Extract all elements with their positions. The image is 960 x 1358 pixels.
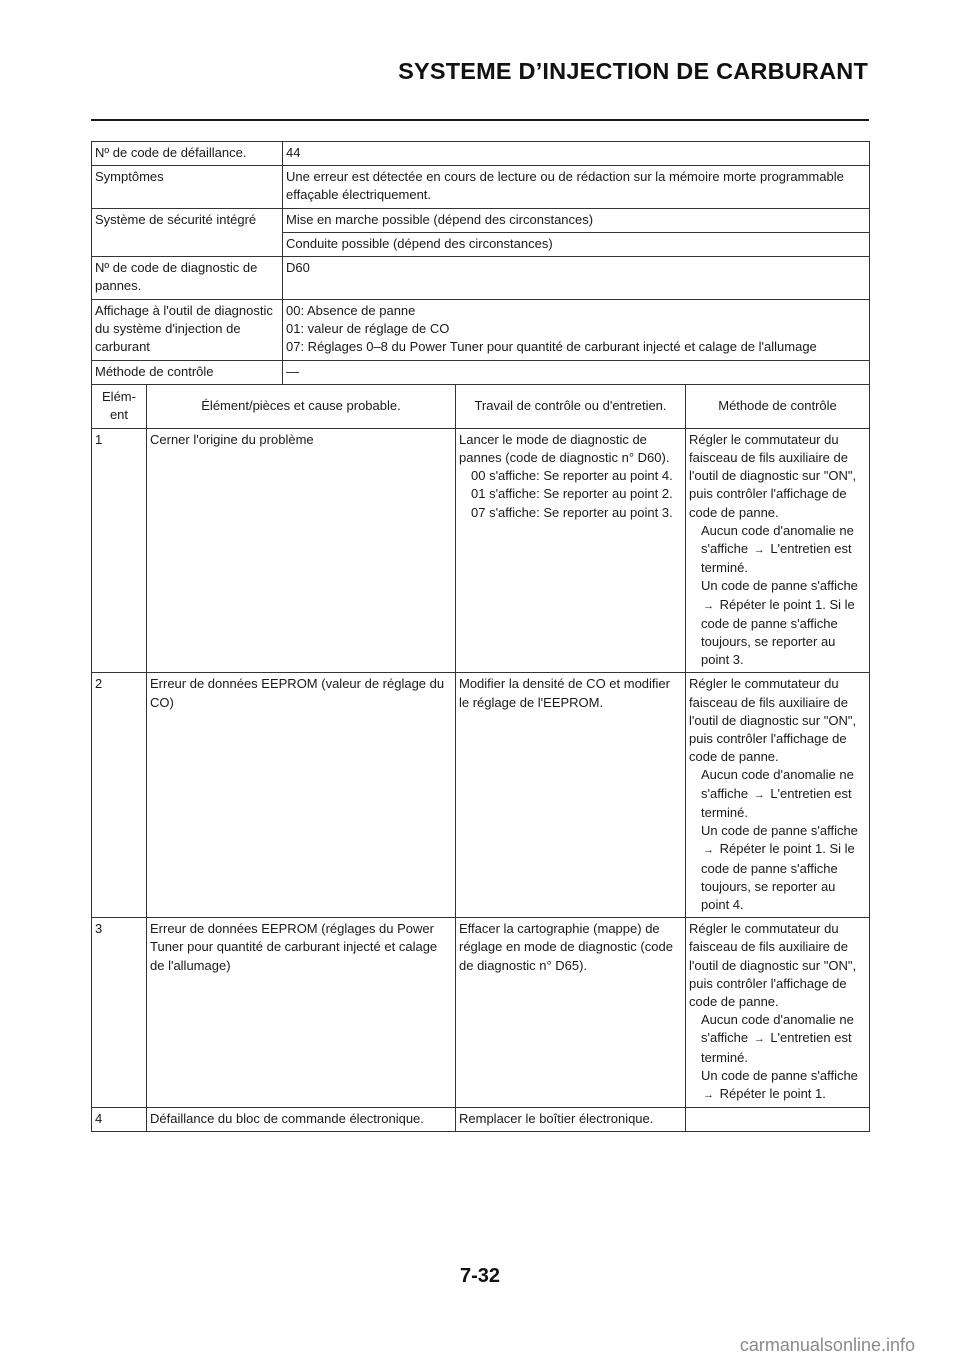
table-row: 2 Erreur de données EEPROM (valeur de ré… bbox=[92, 673, 870, 918]
value-diag-code: D60 bbox=[283, 257, 870, 300]
method-cell: Régler le commutateur du faisceau de fil… bbox=[686, 673, 870, 918]
label-symptoms: Symptômes bbox=[92, 166, 283, 208]
display-code-01: 01: valeur de réglage de CO bbox=[286, 320, 866, 338]
label-fault-code: Nº de code de défaillance. bbox=[92, 142, 283, 166]
item-number: 2 bbox=[92, 673, 147, 918]
table-row: 1 Cerner l'origine du problème Lancer le… bbox=[92, 428, 870, 673]
arrow-right-icon: → bbox=[701, 1089, 716, 1101]
col-header-work: Travail de contrôle ou d'entretien. bbox=[456, 384, 686, 428]
method-text: Régler le commutateur du faisceau de fil… bbox=[689, 675, 866, 766]
method-cell bbox=[686, 1108, 870, 1132]
label-diag-code: Nº de code de diagnostic de pannes. bbox=[92, 257, 283, 300]
arrow-right-icon: → bbox=[752, 789, 767, 801]
cause-cell: Défaillance du bloc de commande électron… bbox=[147, 1108, 456, 1132]
value-failsafe-drive: Conduite possible (dépend des circonstan… bbox=[283, 232, 870, 256]
arrow-right-icon: → bbox=[752, 544, 767, 556]
work-cell: Modifier la densité de CO et modifier le… bbox=[456, 673, 686, 918]
table-header: Elém-ent Élément/pièces et cause probabl… bbox=[92, 384, 870, 428]
value-symptoms: Une erreur est détectée en cours de lect… bbox=[283, 166, 870, 208]
method-cell: Régler le commutateur du faisceau de fil… bbox=[686, 918, 870, 1108]
row-diag-code: Nº de code de diagnostic de pannes. D60 bbox=[92, 257, 870, 300]
method-text: Régler le commutateur du faisceau de fil… bbox=[689, 920, 866, 1011]
work-cell: Effacer la cartographie (mappe) de régla… bbox=[456, 918, 686, 1108]
work-sub-00: 00 s'affiche: Se reporter au point 4. bbox=[459, 467, 682, 485]
row-failsafe-1: Système de sécurité intégré Mise en marc… bbox=[92, 208, 870, 232]
page-number: 7-32 bbox=[0, 1265, 960, 1288]
arrow-right-icon: → bbox=[752, 1033, 767, 1045]
diagnostic-table: Nº de code de défaillance. 44 Symptômes … bbox=[91, 141, 870, 1132]
page-title: SYSTEME D’INJECTION DE CARBURANT bbox=[398, 58, 868, 85]
label-failsafe: Système de sécurité intégré bbox=[92, 208, 283, 256]
arrow-right-icon: → bbox=[701, 600, 716, 612]
cause-cell: Erreur de données EEPROM (valeur de régl… bbox=[147, 673, 456, 918]
value-fault-code: 44 bbox=[283, 142, 870, 166]
cause-cell: Erreur de données EEPROM (réglages du Po… bbox=[147, 918, 456, 1108]
value-check-method: — bbox=[283, 360, 870, 384]
method-ng: Un code de panne s'affiche → Répéter le … bbox=[689, 822, 866, 914]
row-symptoms: Symptômes Une erreur est détectée en cou… bbox=[92, 166, 870, 208]
method-ng: Un code de panne s'affiche → Répéter le … bbox=[689, 577, 866, 669]
arrow-right-icon: → bbox=[701, 844, 716, 856]
method-ok: Aucun code d'anomalie ne s'affiche → L'e… bbox=[689, 522, 866, 578]
item-number: 1 bbox=[92, 428, 147, 673]
label-check-method: Méthode de contrôle bbox=[92, 360, 283, 384]
col-header-method: Méthode de contrôle bbox=[686, 384, 870, 428]
col-header-cause: Élément/pièces et cause probable. bbox=[147, 384, 456, 428]
table-row: 3 Erreur de données EEPROM (réglages du … bbox=[92, 918, 870, 1108]
method-ng: Un code de panne s'affiche → Répéter le … bbox=[689, 1067, 866, 1104]
row-check-method: Méthode de contrôle — bbox=[92, 360, 870, 384]
display-code-07: 07: Réglages 0–8 du Power Tuner pour qua… bbox=[286, 338, 866, 356]
col-header-item: Elém-ent bbox=[92, 384, 147, 428]
value-tool-display: 00: Absence de panne 01: valeur de régla… bbox=[283, 300, 870, 361]
work-sub-01: 01 s'affiche: Se reporter au point 2. bbox=[459, 485, 682, 503]
title-rule bbox=[91, 119, 869, 121]
method-text: Régler le commutateur du faisceau de fil… bbox=[689, 431, 866, 522]
item-number: 4 bbox=[92, 1108, 147, 1132]
row-tool-display: Affichage à l'outil de diagnostic du sys… bbox=[92, 300, 870, 361]
work-cell: Remplacer le boîtier électronique. bbox=[456, 1108, 686, 1132]
watermark: carmanualsonline.info bbox=[740, 1335, 915, 1356]
cause-cell: Cerner l'origine du problème bbox=[147, 428, 456, 673]
row-fault-code: Nº de code de défaillance. 44 bbox=[92, 142, 870, 166]
table-row: 4 Défaillance du bloc de commande électr… bbox=[92, 1108, 870, 1132]
work-cell: Lancer le mode de diagnostic de pannes (… bbox=[456, 428, 686, 673]
item-number: 3 bbox=[92, 918, 147, 1108]
work-sub-07: 07 s'affiche: Se reporter au point 3. bbox=[459, 504, 682, 522]
label-tool-display: Affichage à l'outil de diagnostic du sys… bbox=[92, 300, 283, 361]
method-ok: Aucun code d'anomalie ne s'affiche → L'e… bbox=[689, 766, 866, 822]
value-failsafe-start: Mise en marche possible (dépend des circ… bbox=[283, 208, 870, 232]
display-code-00: 00: Absence de panne bbox=[286, 302, 866, 320]
method-ok: Aucun code d'anomalie ne s'affiche → L'e… bbox=[689, 1011, 866, 1067]
method-cell: Régler le commutateur du faisceau de fil… bbox=[686, 428, 870, 673]
work-text: Lancer le mode de diagnostic de pannes (… bbox=[459, 431, 682, 467]
